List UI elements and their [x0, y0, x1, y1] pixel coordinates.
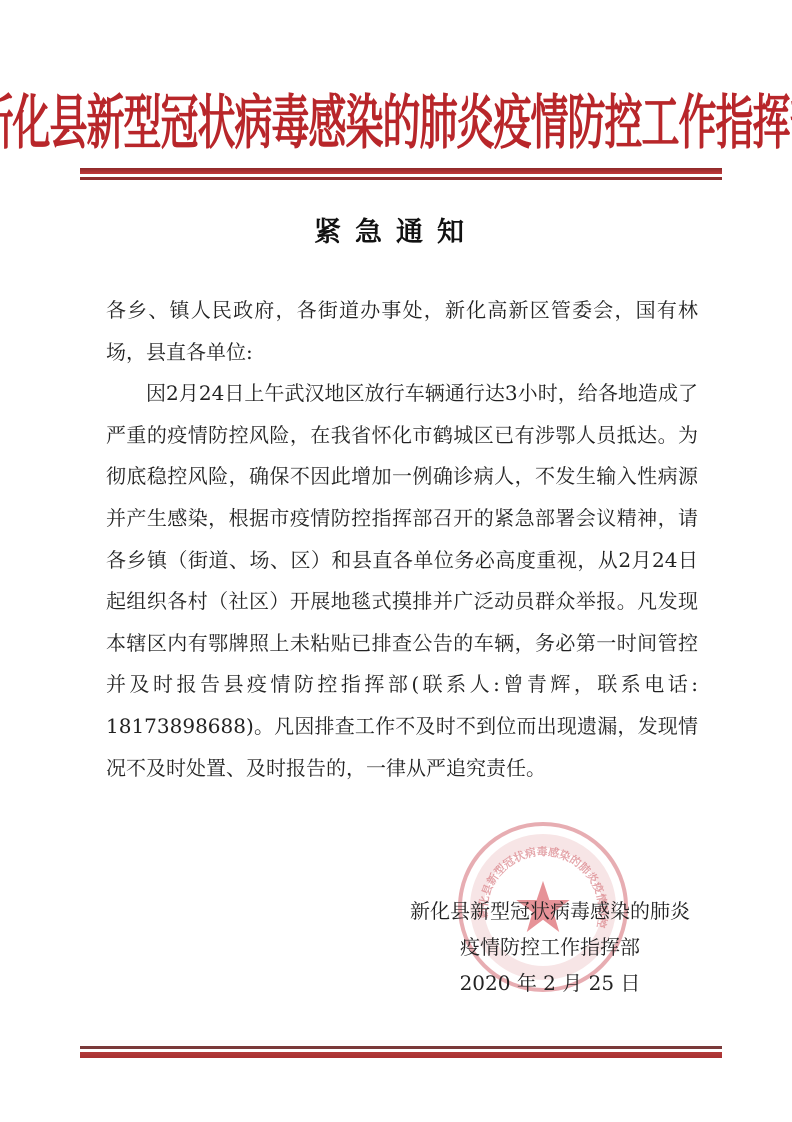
- footer-rule-thick: [80, 1052, 722, 1058]
- footer-rule-thin: [80, 1046, 722, 1049]
- signature-date: 2020 年 2 月 25 日: [380, 965, 720, 1001]
- header-red-rule: [80, 168, 722, 184]
- document-title: 紧急通知: [0, 210, 792, 249]
- signature-block: 新化县新型冠状病毒感染的肺炎 疫情防控工作指挥部 2020 年 2 月 25 日: [380, 893, 720, 1001]
- header-rule-thin: [80, 177, 722, 180]
- document-body: 各乡、镇人民政府，各街道办事处，新化高新区管委会，国有林场，县直各单位: 因2月…: [106, 290, 698, 789]
- signature-org-line2: 疫情防控工作指挥部: [380, 929, 720, 965]
- header-rule-thick: [80, 168, 722, 174]
- document-page: 新化县新型冠状病毒感染的肺炎疫情防控工作指挥部 紧急通知 各乡、镇人民政府，各街…: [0, 0, 792, 1122]
- body-paragraph: 因2月24日上午武汉地区放行车辆通行达3小时，给各地造成了严重的疫情防控风险，在…: [106, 373, 698, 789]
- addressee-line: 各乡、镇人民政府，各街道办事处，新化高新区管委会，国有林场，县直各单位:: [106, 290, 698, 373]
- footer-red-rule: [80, 1046, 722, 1062]
- signature-org-line1: 新化县新型冠状病毒感染的肺炎: [380, 893, 720, 929]
